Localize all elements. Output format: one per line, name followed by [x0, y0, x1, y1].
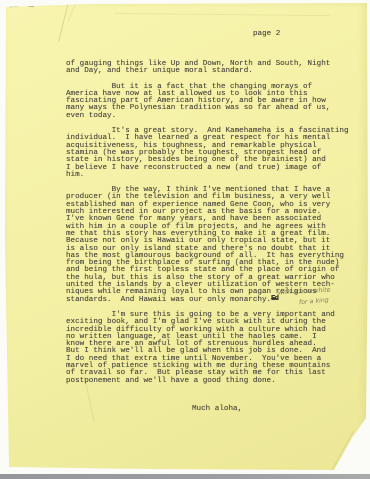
paragraph-5: I'm sure this is going to be a very impo… — [66, 312, 358, 385]
paragraph-3: It's a great story. And Kamehameha is a … — [66, 128, 358, 179]
paper-fold-line — [329, 431, 354, 475]
paper-fold-line — [337, 427, 362, 471]
letter-body: of gauging things like Up and Down, Nort… — [66, 61, 358, 393]
smudge-mark — [28, 5, 34, 7]
smudge-mark — [9, 5, 20, 8]
paper-crease — [68, 1, 77, 22]
paragraph-1: of gauging things like Up and Down, Nort… — [66, 61, 358, 76]
paper-crease — [115, 13, 330, 16]
page-number: page 2 — [253, 31, 280, 38]
overstrike-correction: Ed — [271, 296, 278, 303]
paper-sheet: page 2 of gauging things like Up and Dow… — [0, 0, 370, 479]
paragraph-4: By the way, I think I've mentioned that … — [66, 187, 358, 304]
scanned-letter-page: page 2 of gauging things like Up and Dow… — [0, 0, 370, 479]
letter-closing: Much aloha, — [192, 406, 242, 413]
paper-crease — [58, 2, 69, 41]
paragraph-2: But it is a fact that the changing moray… — [66, 84, 358, 120]
scanner-edge-bar — [0, 474, 370, 479]
